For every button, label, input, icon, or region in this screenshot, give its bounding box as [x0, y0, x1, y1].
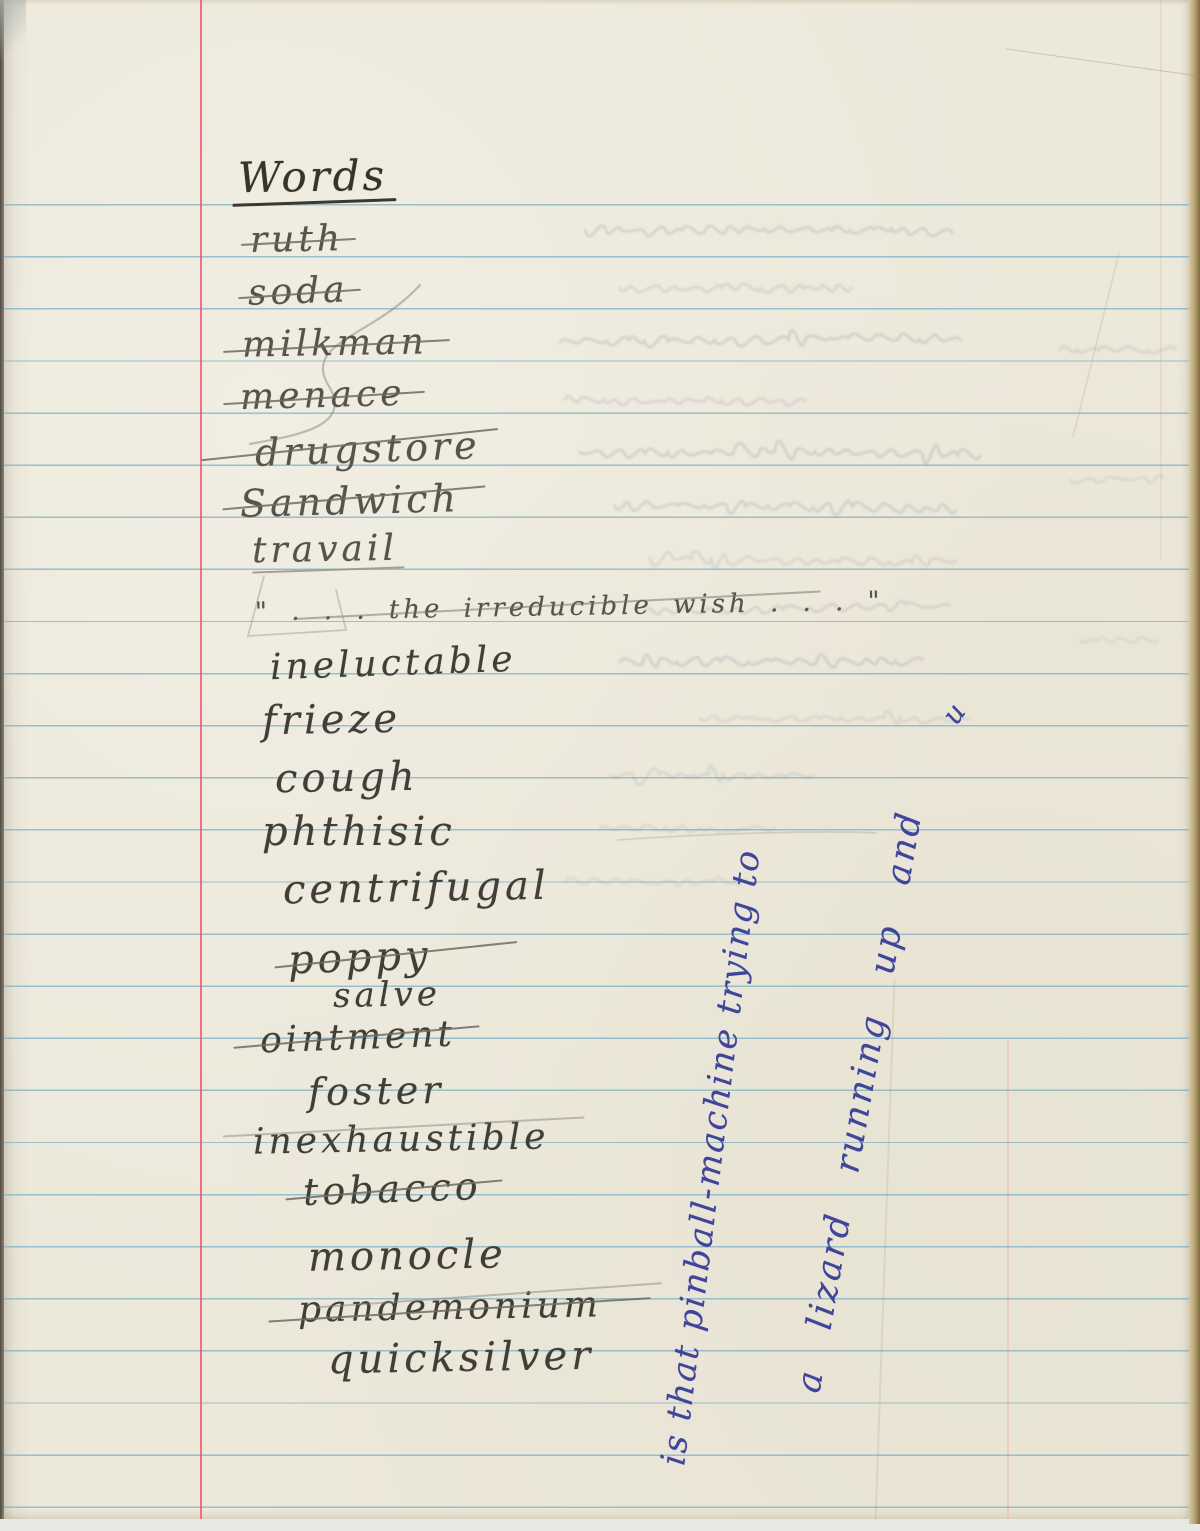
table-surface — [0, 1519, 1200, 1531]
binding-edge-left — [0, 0, 4, 1519]
handwritten-word: inexhaustible — [253, 1119, 550, 1160]
notebook-page: Words ruth soda milkman menace drugstore… — [0, 0, 1189, 1519]
handwritten-word: soda — [247, 272, 349, 311]
handwritten-word: quicksilver — [328, 1336, 595, 1381]
handwritten-word: salve — [333, 977, 441, 1013]
handwritten-word: monocle — [308, 1234, 507, 1277]
show-through-margin-line — [1160, 0, 1162, 560]
handwritten-word: travail — [252, 531, 399, 570]
margin-line — [200, 0, 202, 1519]
handwritten-word: menace — [240, 376, 406, 416]
handwritten-word: milkman — [242, 324, 428, 363]
handwritten-word: centrifugal — [283, 866, 550, 911]
handwritten-word: ointment — [259, 1017, 456, 1060]
handwritten-word: Sandwich — [240, 479, 461, 523]
handwritten-word: ineluctable — [269, 642, 517, 687]
handwritten-word: foster — [308, 1071, 445, 1111]
page-edge-right — [1189, 0, 1200, 1524]
notebook-photo: Words ruth soda milkman menace drugstore… — [0, 0, 1200, 1531]
handwritten-word: ruth — [250, 221, 345, 259]
page-corner-shadow — [0, 0, 26, 60]
handwritten-word: frieze — [262, 699, 402, 741]
handwritten-word: phthisic — [262, 812, 456, 852]
paper-crease — [1006, 48, 1199, 76]
show-through-margin-line — [1007, 1040, 1009, 1519]
page-title: Words — [238, 155, 388, 200]
handwritten-word: tobacco — [302, 1167, 482, 1211]
handwritten-word: pandemonium — [298, 1287, 602, 1328]
handwritten-word: drugstore — [254, 426, 481, 472]
handwritten-word: cough — [275, 757, 419, 800]
